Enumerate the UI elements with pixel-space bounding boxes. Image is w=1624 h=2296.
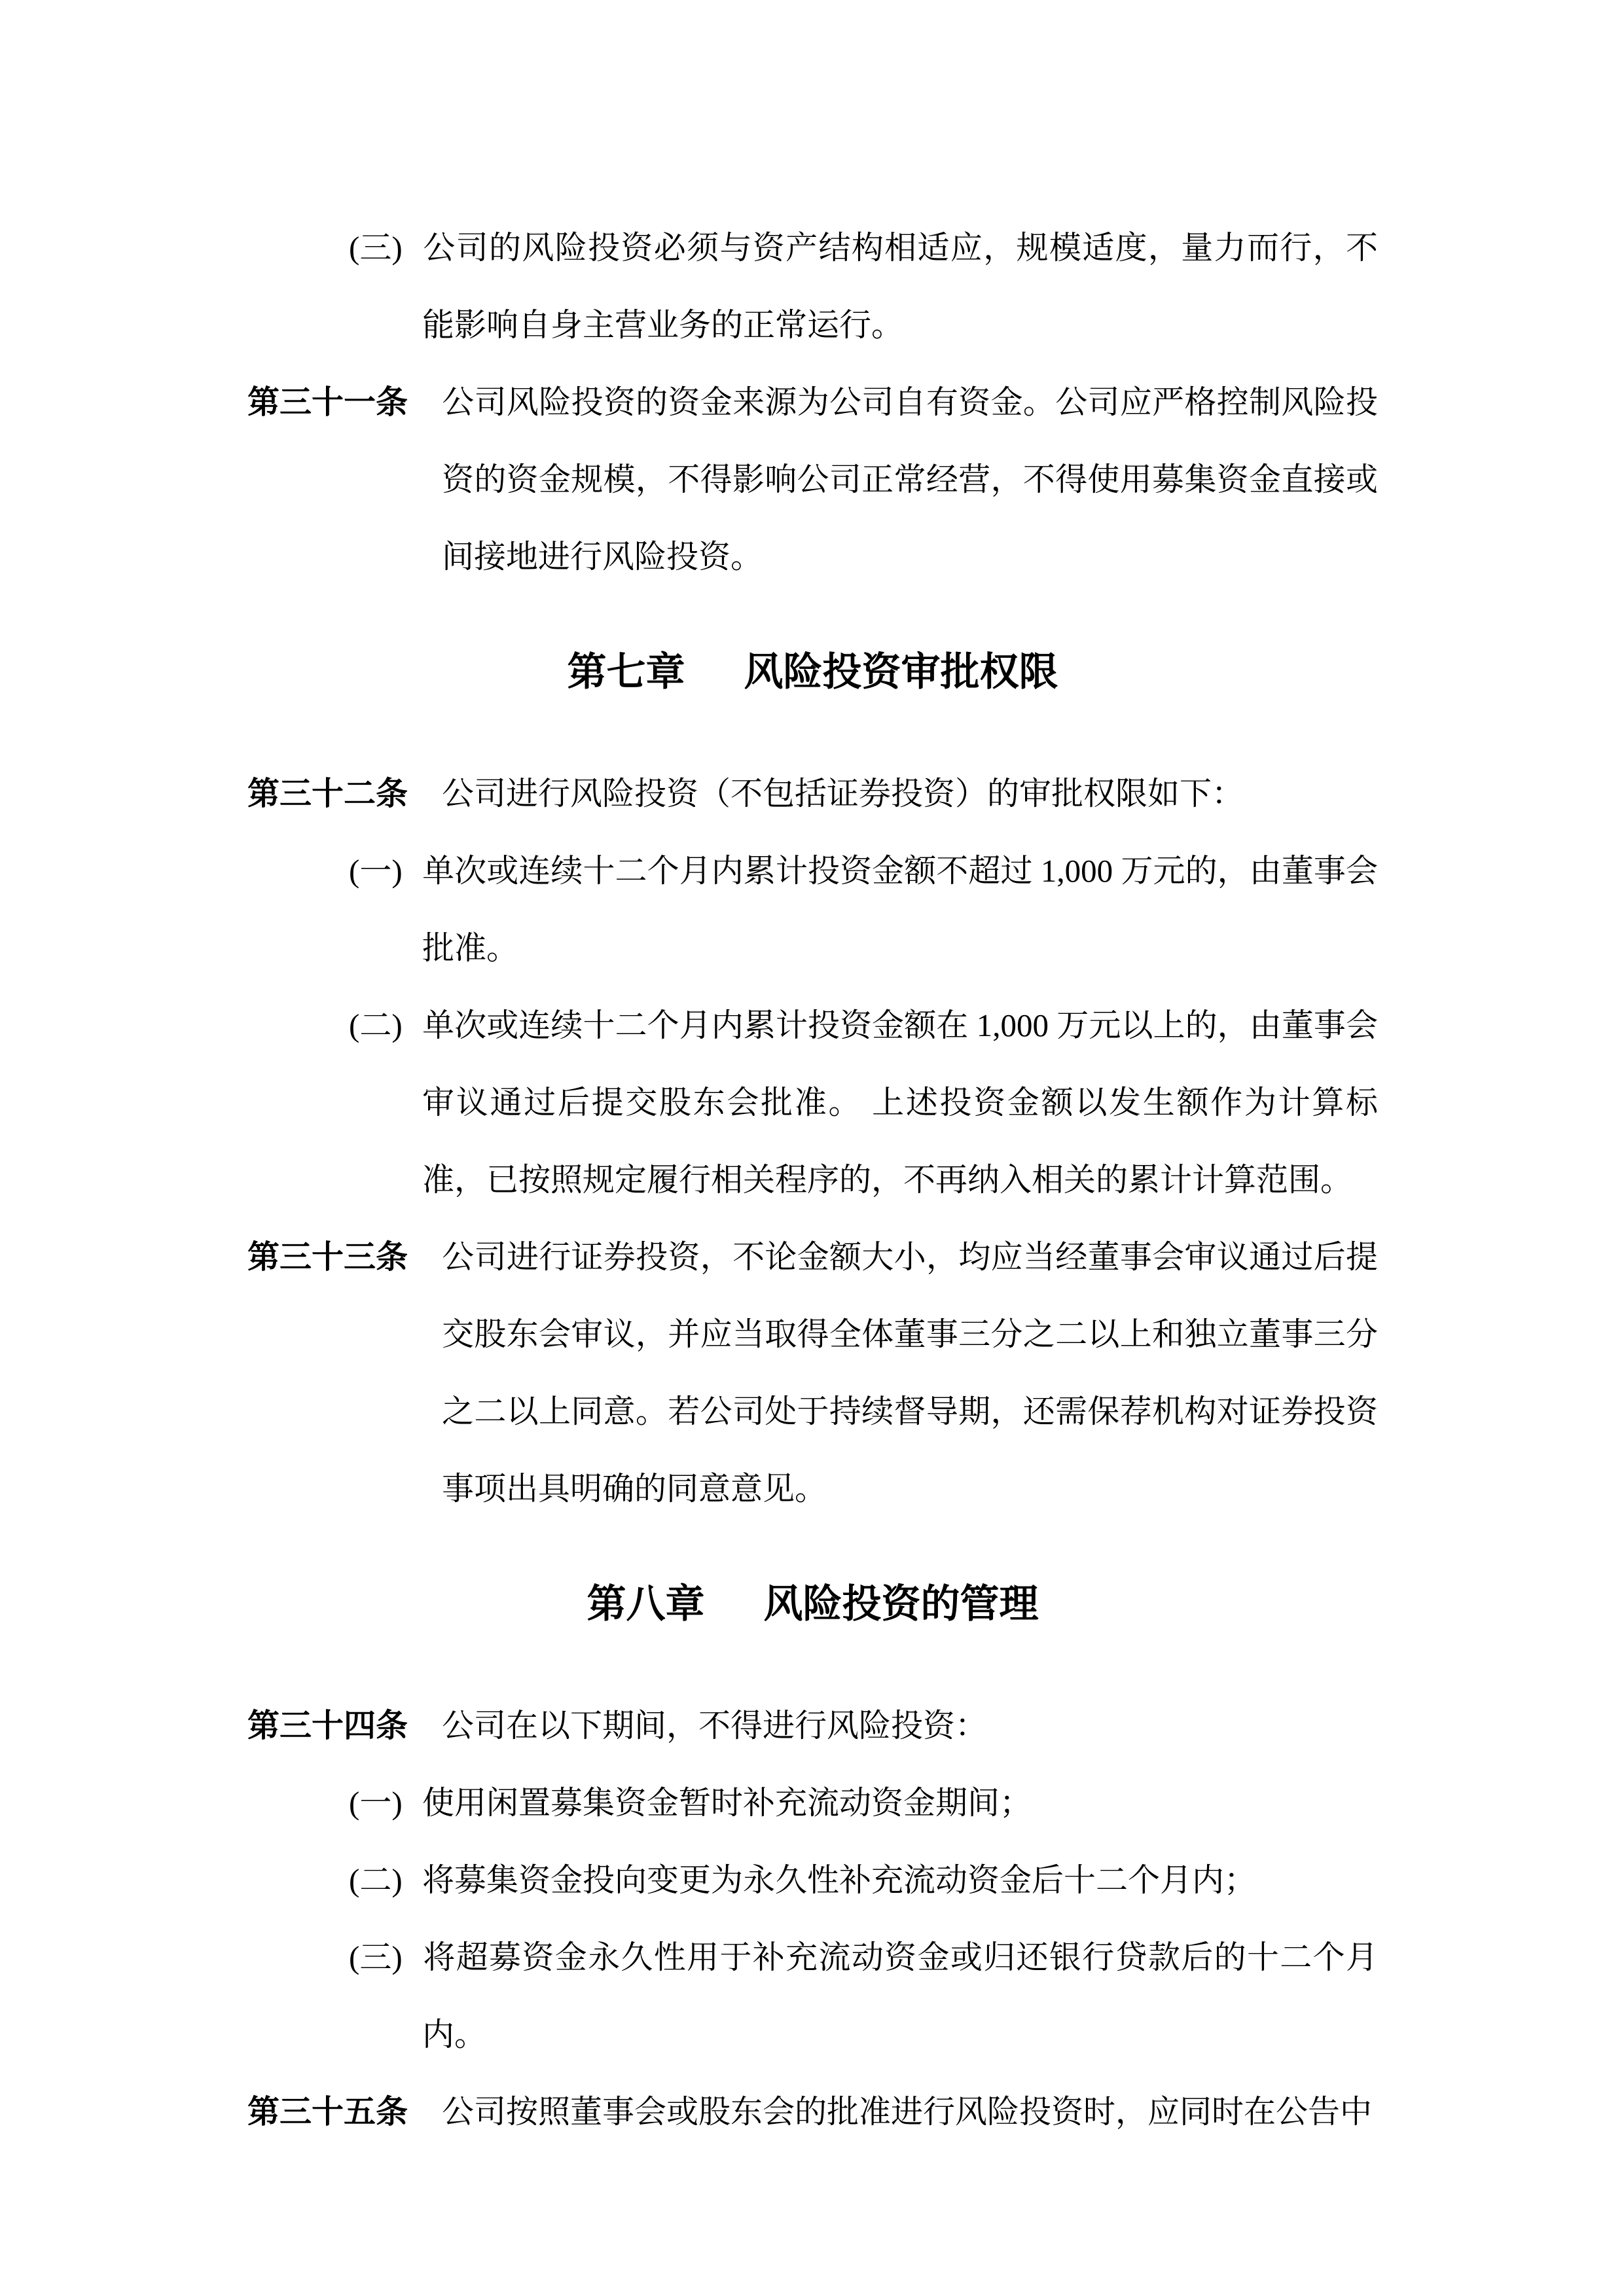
document-page: (三)公司的风险投资必须与资产结构相适应，规模适度，量力而行，不能影响自身主营业… xyxy=(0,0,1624,2296)
item-marker: (三) xyxy=(349,209,422,287)
list-item: (二)将募集资金投向变更为永久性补充流动资金后十二个月内； xyxy=(247,1842,1378,1919)
list-item: (二)单次或连续十二个月内累计投资金额在 1,000 万元以上的，由董事会审议通… xyxy=(247,987,1378,1219)
item-text: 单次或连续十二个月内累计投资金额在 1,000 万元以上的，由董事会审议通过后提… xyxy=(422,1007,1378,1198)
document-body: (三)公司的风险投资必须与资产结构相适应，规模适度，量力而行，不能影响自身主营业… xyxy=(0,0,1624,2151)
article-paragraph: 第三十四条公司在以下期间，不得进行风险投资： xyxy=(247,1687,1378,1765)
item-marker: (三) xyxy=(349,1919,422,1996)
item-text: 公司的风险投资必须与资产结构相适应，规模适度，量力而行，不能影响自身主营业务的正… xyxy=(422,230,1378,343)
article-text: 公司按照董事会或股东会的批准进行风险投资时，应同时在公告中 xyxy=(442,2094,1372,2130)
article-paragraph: 第三十一条公司风险投资的资金来源为公司自有资金。公司应严格控制风险投资的资金规模… xyxy=(247,364,1378,596)
item-text: 单次或连续十二个月内累计投资金额不超过 1,000 万元的，由董事会批准。 xyxy=(422,853,1378,966)
item-marker: (二) xyxy=(349,1842,422,1919)
chapter-title: 风险投资的管理 xyxy=(764,1583,1039,1626)
article-label: 第三十二条 xyxy=(247,755,442,833)
item-marker: (一) xyxy=(349,833,422,910)
item-text: 使用闲置募集资金暂时补充流动资金期间； xyxy=(422,1785,1032,1821)
list-item: (一)单次或连续十二个月内累计投资金额不超过 1,000 万元的，由董事会批准。 xyxy=(247,833,1378,987)
list-item: (三)将超募资金永久性用于补充流动资金或归还银行贷款后的十二个月内。 xyxy=(247,1919,1378,2073)
chapter-heading: 第八章风险投资的管理 xyxy=(247,1562,1378,1647)
list-item: (三)公司的风险投资必须与资产结构相适应，规模适度，量力而行，不能影响自身主营业… xyxy=(247,209,1378,364)
article-text: 公司风险投资的资金来源为公司自有资金。公司应严格控制风险投资的资金规模，不得影响… xyxy=(442,384,1378,575)
article-paragraph: 第三十五条公司按照董事会或股东会的批准进行风险投资时，应同时在公告中 xyxy=(247,2073,1378,2151)
item-marker: (二) xyxy=(349,987,422,1064)
article-text: 公司在以下期间，不得进行风险投资： xyxy=(442,1708,987,1744)
chapter-heading: 第七章风险投资审批权限 xyxy=(247,630,1378,715)
article-label: 第三十五条 xyxy=(247,2073,442,2151)
article-text: 公司进行证券投资，不论金额大小，均应当经董事会审议通过后提交股东会审议，并应当取… xyxy=(442,1239,1378,1507)
article-paragraph: 第三十三条公司进行证券投资，不论金额大小，均应当经董事会审议通过后提交股东会审议… xyxy=(247,1219,1378,1528)
list-item: (一)使用闲置募集资金暂时补充流动资金期间； xyxy=(247,1765,1378,1842)
chapter-number: 第八章 xyxy=(587,1583,705,1626)
item-marker: (一) xyxy=(349,1765,422,1842)
article-paragraph: 第三十二条公司进行风险投资（不包括证券投资）的审批权限如下： xyxy=(247,755,1378,833)
chapter-number: 第七章 xyxy=(568,651,685,694)
chapter-title: 风险投资审批权限 xyxy=(744,651,1058,694)
article-text: 公司进行风险投资（不包括证券投资）的审批权限如下： xyxy=(442,776,1244,812)
article-label: 第三十三条 xyxy=(247,1219,442,1296)
item-text: 将超募资金永久性用于补充流动资金或归还银行贷款后的十二个月内。 xyxy=(422,1939,1378,2053)
article-label: 第三十四条 xyxy=(247,1687,442,1765)
article-label: 第三十一条 xyxy=(247,364,442,441)
item-text: 将募集资金投向变更为永久性补充流动资金后十二个月内； xyxy=(422,1862,1256,1898)
